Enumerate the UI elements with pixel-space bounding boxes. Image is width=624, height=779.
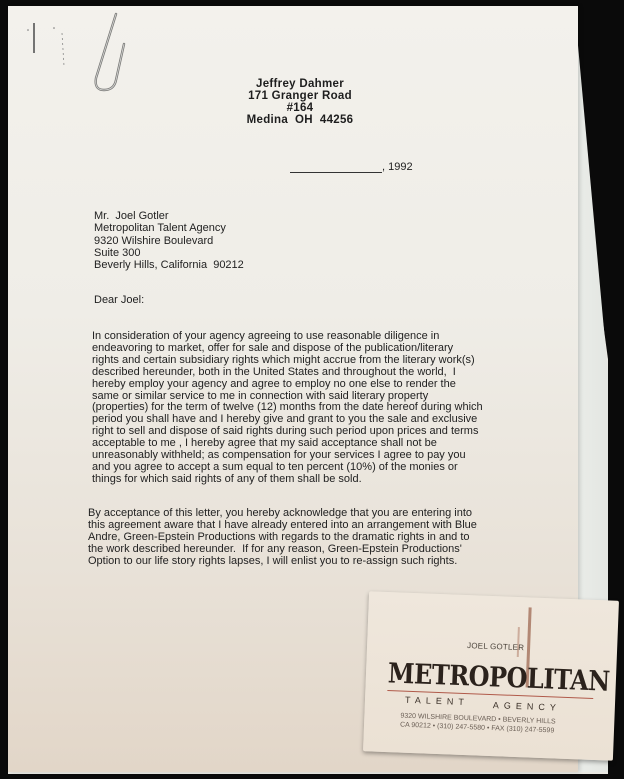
date-year: , 1992: [382, 161, 413, 173]
card-talent-label: TALENT: [405, 695, 469, 707]
paragraph-2: By acceptance of this letter, you hereby…: [88, 508, 558, 568]
recipient-line: Suite 300: [94, 247, 244, 259]
sender-address: Jeffrey Dahmer 171 Granger Road #164 Med…: [200, 78, 400, 126]
paragraph-line: hereby employ your agency and agree to e…: [92, 379, 562, 391]
recipient-line: Beverly Hills, California 90212: [94, 259, 244, 271]
paragraph-line: described hereunder, both in the United …: [92, 367, 562, 379]
card-agency-label: AGENCY: [493, 700, 561, 713]
business-card: JOEL GOTLER METROPOLITAN TALENT AGENCY 9…: [363, 591, 619, 760]
date-blank-line: [290, 161, 382, 173]
card-address: 9320 WILSHIRE BOULEVARD • BEVERLY HILLS …: [400, 713, 556, 736]
paragraph-line: Option to our life story rights lapses, …: [88, 556, 558, 568]
paragraph-line: things for which said rights of any of t…: [92, 474, 562, 486]
paragraph-1: In consideration of your agency agreeing…: [92, 331, 562, 486]
paperclip-icon: [88, 12, 128, 92]
recipient-line: Metropolitan Talent Agency: [94, 222, 244, 234]
sender-unit: #164: [200, 102, 400, 114]
sender-name: Jeffrey Dahmer: [200, 78, 400, 90]
sender-city: Medina OH 44256: [200, 114, 400, 126]
sender-street: 171 Granger Road: [200, 90, 400, 102]
recipient-address: Mr. Joel Gotler Metropolitan Talent Agen…: [94, 210, 244, 271]
letter-date: , 1992: [290, 161, 413, 173]
paragraph-line: the work described hereunder. If for any…: [88, 544, 558, 556]
paragraph-line: rights and certain subsidiary rights whi…: [92, 355, 562, 367]
recipient-line: 9320 Wilshire Boulevard: [94, 235, 244, 247]
staple-marks-icon: [20, 18, 70, 78]
paragraph-line: Andre, Green-Epstein Productions with re…: [88, 532, 558, 544]
salutation: Dear Joel:: [94, 294, 144, 306]
recipient-line: Mr. Joel Gotler: [94, 210, 244, 222]
card-person-name: JOEL GOTLER: [467, 641, 524, 652]
